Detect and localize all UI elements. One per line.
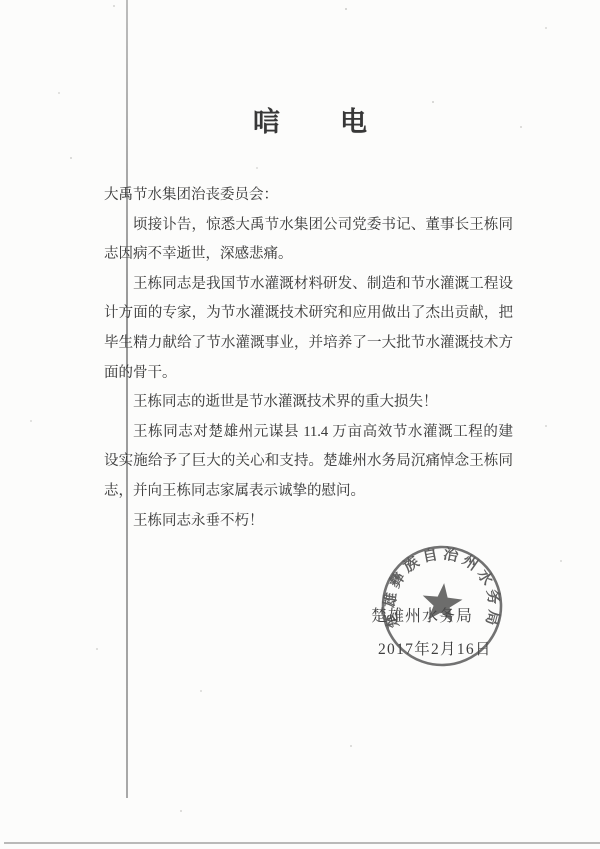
seal-ring-text: 楚雄彝族自治州水务局	[378, 542, 504, 635]
salutation: 大禹节水集团治丧委员会：	[104, 181, 513, 211]
paragraph-3: 王栋同志的逝世是节水灌溉技术界的重大损失！	[104, 388, 513, 418]
scanned-condolence-telegram-page: 唁 电 大禹节水集团治丧委员会： 顷接讣告，惊悉大禹节水集团公司党委书记、董事长…	[0, 0, 600, 849]
paragraph-1: 顷接讣告，惊悉大禹节水集团公司党委书记、董事长王栋同志因病不幸逝世，深感悲痛。	[104, 211, 513, 270]
paragraph-2: 王栋同志是我国节水灌溉材料研发、制造和节水灌溉工程设计方面的专家，为节水灌溉技术…	[104, 270, 513, 388]
scan-noise-specks	[0, 0, 2, 2]
document-title: 唁 电	[11, 100, 600, 139]
scan-bottom-edge-line	[4, 842, 600, 844]
document-body: 大禹节水集团治丧委员会： 顷接讣告，惊悉大禹节水集团公司党委书记、董事长王栋同志…	[104, 181, 513, 536]
star-icon	[420, 581, 464, 623]
official-seal: 楚雄彝族自治州水务局	[359, 523, 524, 688]
paragraph-4: 王栋同志对楚雄州元谋县 11.4 万亩高效节水灌溉工程的建设实施给予了巨大的关心…	[104, 418, 513, 507]
